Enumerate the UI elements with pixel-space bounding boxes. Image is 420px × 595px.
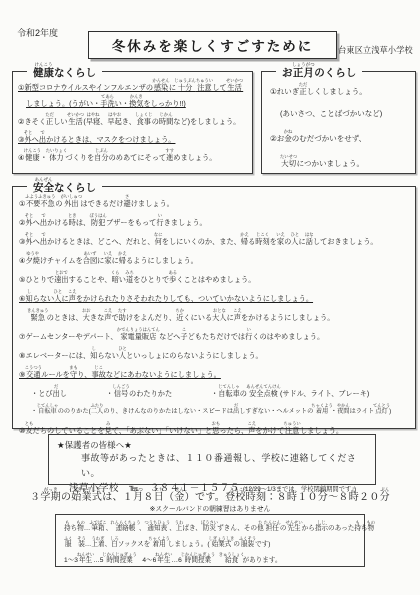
section-newyear: お正月しょうがつのくらし ①れいぎ正ただしくしましょう。 (あいさつ、ことばづか…	[261, 71, 416, 174]
section-health: 健康けんこうなくらし ①新型コロナウイルスやインフルエンザの感染かんせんに十分じ…	[12, 71, 253, 174]
newyear-rule-1-detail: (あいさつ、ことばづかいなど)	[270, 107, 409, 121]
health-rules-list: ①新型コロナウイルスやインフルエンザの感染かんせんに十分じゅうぶん注意ちゅういし…	[13, 72, 252, 166]
safety-traffic-bullets: ・とび出だし ・信号しんごうのわたりかた ・自転車じてんしゃの安全点検あんぜんて…	[19, 384, 410, 403]
newyear-rules-list: ①れいぎ正ただしくしましょう。 (あいさつ、ことばづかいなど) ②お金かねのむだ…	[262, 72, 415, 171]
newyear-rule-2-cont: 大切たいせつにつかいましょう。	[270, 154, 409, 171]
safety-traffic-bullet-2: ・信号しんごうのわたりかた	[106, 384, 211, 403]
safety-traffic-bullet-3: ・自転車じてんしゃの安全点検あんぜんてんけん(サドル、ライト、ブレーキ)	[211, 384, 410, 403]
section-health-title: 健康けんこうなくらし	[27, 62, 102, 79]
section-safety: 安全あんぜんなくらし ①不要不急ふようふきゅうの外出がいしゅつはできるだけ避さけ…	[12, 186, 416, 429]
document-page: 令和2年度 冬休みを楽しくすごすために 台東区立浅草小学校 健康けんこうなくらし…	[0, 0, 420, 595]
health-rule-3: ③外そとへ出でかけるときは、マスクをつけましょう。	[18, 130, 247, 148]
section-safety-title: 安全あんぜんなくらし	[27, 177, 102, 194]
safety-traffic-bullet-1: ・とび出だし	[31, 384, 106, 403]
dress-code-line: 服ふく 装そう…上着うわぎ、白しろソックスを着用ちゃくようしましょう。(始業式し…	[64, 536, 356, 552]
health-rule-1: ①新型コロナウイルスやインフルエンザの感染かんせんに十分じゅうぶん注意ちゅういし…	[18, 78, 247, 112]
safety-bicycle-note: ・自転車じてんしゃののりかた(二人ふたりのり、きけんなのりかたはしない・スピード…	[19, 403, 410, 421]
school-name: 台東区立浅草小学校	[338, 44, 413, 56]
year-label: 令和2年度	[17, 26, 58, 39]
health-rule-4: ④健康けんこう・体力たいりょくづくりを自分じぶんのめあてにそって進すすめましょう…	[18, 148, 247, 166]
schoolband-note: ※スクールバンドの朝練習はありません	[0, 503, 420, 513]
newyear-rule-1: ①れいぎ正ただしくしましょう。	[270, 82, 409, 99]
page-title-box: 冬休みを楽しくすごすために	[88, 31, 337, 59]
schedule-line: 1～3年生ねんせい…5時間授業じかんじゅぎょう 4～6年生ねんせい…6時間授業じ…	[64, 552, 356, 568]
safety-rule-2: ②外そとへ出でかける時ときは、防犯ぼうはんブザーをもって行いきましょう。	[19, 213, 410, 232]
belongings-line: 持もち物もの…筆箱ふでばこ、連絡帳れんらくちょう、通知表つうちひょう、上うわばき…	[64, 520, 356, 536]
health-rule-2: ②きそく正ただしい生活せいかつ(早寝はやね、早起はやおき、食事しょくじの時間じか…	[18, 112, 247, 130]
emergency-instruction: 事故等があったときは、１１０番通報し、学校に連絡してください。	[57, 451, 367, 481]
safety-rules-list: ①不要不急ふようふきゅうの外出がいしゅつはできるだけ避さけましょう。 ②外そとへ…	[13, 187, 415, 440]
page-title: 冬休みを楽しくすごすために	[112, 35, 314, 55]
safety-rule-3: ③外そとへ出でかけるときは、どこへ、だれと、何なにをしにいくのか、また、帰かえる…	[19, 232, 410, 251]
safety-rule-5: ⑤ひとりで遠出とおですることや、暗くらい道みちをひとりで歩あるくことはやめましょ…	[19, 270, 410, 289]
safety-rule-8: ⑧エレベーターには、知しらない人ひとといっしょにのらないようにしましょう。	[19, 346, 410, 365]
belongings-box: 持もち物もの…筆箱ふでばこ、連絡帳れんらくちょう、通知表つうちひょう、上うわばき…	[55, 514, 365, 567]
section-newyear-title: お正月しょうがつのくらし	[276, 62, 362, 79]
safety-rule-4: ④夕焼ゆうやけチャイムを合図あいずに家いえに帰かえるようにしましょう。	[19, 251, 410, 270]
safety-rule-6: ⑥知しらない人ひとに声こえをかけられたりさそわれたりしても、ついていかないように…	[19, 289, 410, 308]
safety-rule-7: ⑦ゲームセンターやデパート、家電量販店かでんりょうはんてんなどへ子こどもたちだけ…	[19, 327, 410, 346]
newyear-rule-2: ②お金かねのむだづかいをせず、	[270, 129, 409, 146]
safety-rule-9: ⑨交通こうつうルールを守まもり、事故じこなどにあわないようにしましょう。	[19, 365, 410, 384]
safety-emergency-note: 緊急きんきゅうのときは、大おおきな声こえで助たすけをよんだり、近ちかくにいる大人…	[19, 308, 410, 327]
safety-rule-1: ①不要不急ふようふきゅうの外出がいしゅつはできるだけ避さけましょう。	[19, 194, 410, 213]
parents-notice-box: ★保護者の皆様へ★ 事故等があったときは、１１０番通報し、学校に連絡してください…	[48, 434, 376, 485]
parents-heading: ★保護者の皆様へ★	[57, 439, 367, 451]
